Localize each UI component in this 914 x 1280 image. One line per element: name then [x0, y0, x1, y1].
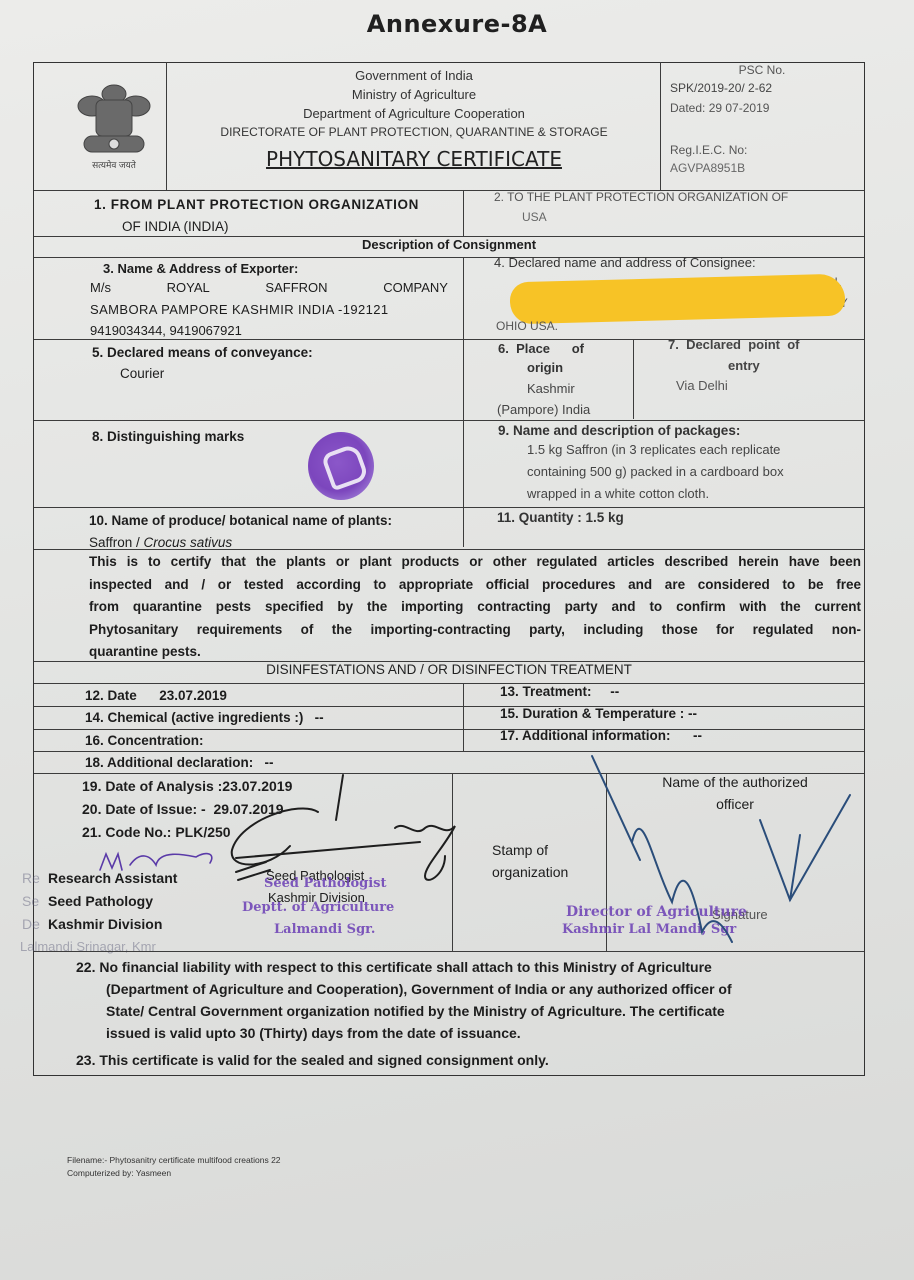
handwritten-signatures: [0, 0, 914, 1280]
validity-note: 23. This certificate is valid for the se…: [76, 1050, 549, 1070]
filename-footer: Filename:- Phytosanitry certificate mult…: [67, 1154, 281, 1166]
liability-note: 22. No financial liability with respect …: [76, 956, 876, 1044]
computerized-by-footer: Computerized by: Yasmeen: [67, 1167, 171, 1179]
